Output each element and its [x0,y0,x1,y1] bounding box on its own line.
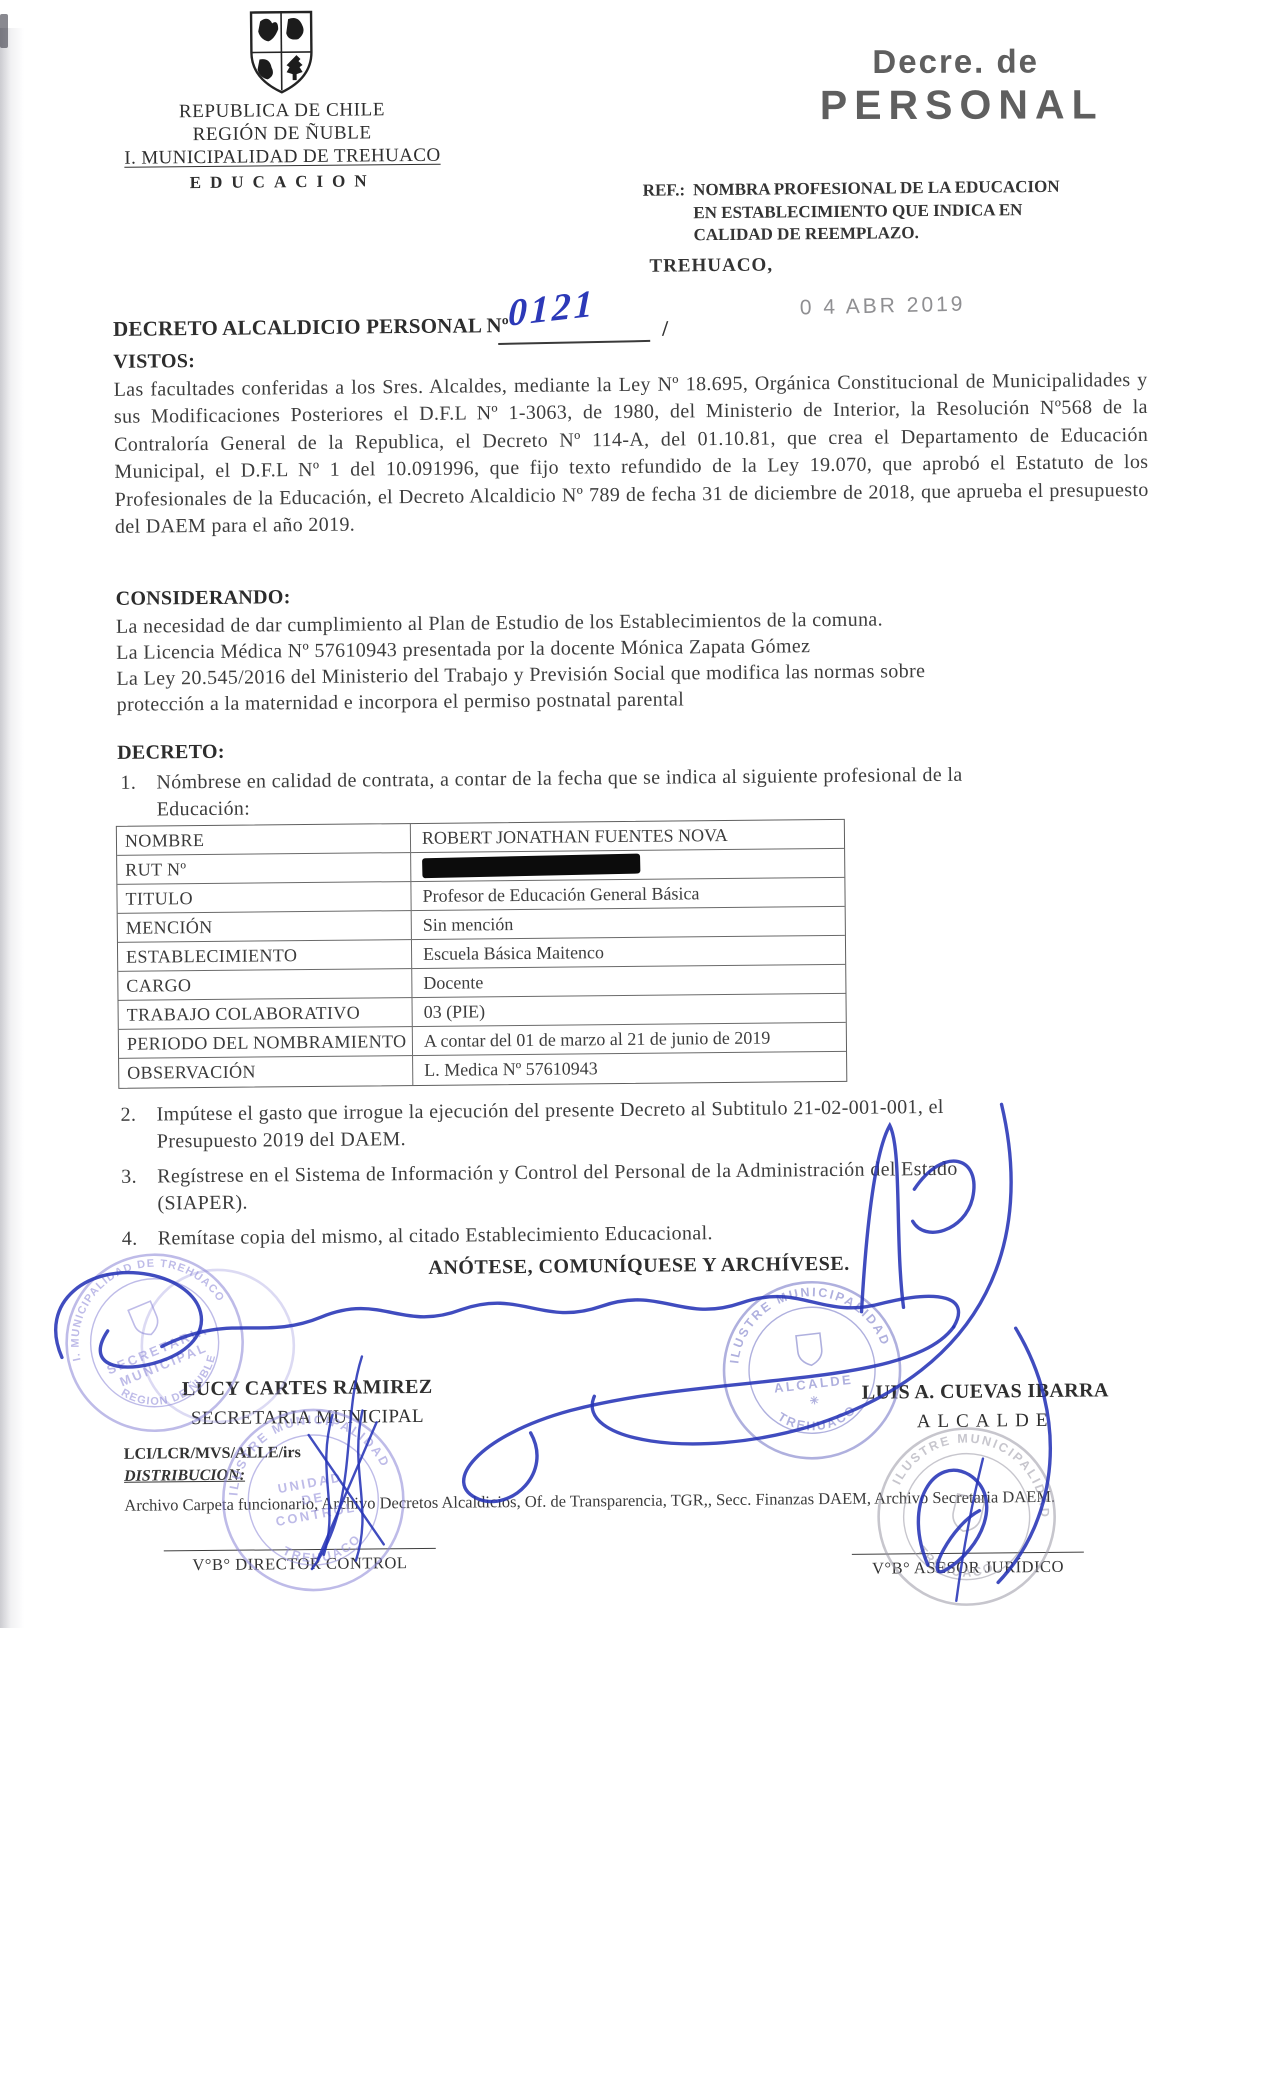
item-line: Remítase copia del mismo, al citado Esta… [158,1220,713,1252]
date-stamp: 0 4 ABR 2019 [800,293,966,321]
org-header: REPUBLICA DE CHILE REGIÓN DE ÑUBLE I. MU… [85,7,479,195]
coat-of-arms-icon [248,9,315,96]
org-line-department: EDUCACION [87,168,479,195]
unidad-de-control-stamp: ILUSTRE MUNICIPALIDAD TREHUACO UNIDAD DE… [203,1389,425,1611]
row-label: RUT Nº [117,853,411,884]
vistos-paragraph: Las facultades conferidas a los Sres. Al… [114,367,1150,541]
item-number: 3. [121,1164,146,1218]
document-content: REPUBLICA DE CHILE REGIÓN DE ÑUBLE I. MU… [0,0,1275,2100]
org-line-municipality: I. MUNICIPALIDAD DE TREHUACO [86,143,478,170]
resolution-item: 3. Regístrese en el Sistema de Informaci… [121,1154,1161,1218]
reference-line-2: EN ESTABLECIMIENTO QUE INDICA EN [693,198,1060,224]
stamp-echo-ring [137,1265,299,1427]
stamp-text: TREHUACO [911,1542,1000,1588]
item-text: Nómbrese en calidad de contrata, a conta… [156,762,963,824]
stamp-text: TREHUACO [278,1530,367,1572]
decreto-item-1: 1. Nómbrese en calidad de contrata, a co… [120,760,1160,824]
svg-text:TREHUACO: TREHUACO [911,1542,1000,1588]
reference-line-3: CALIDAD DE REEMPLAZO. [693,221,1060,247]
item-number: 2. [120,1102,145,1156]
svg-text:✳: ✳ [809,1394,822,1407]
decreto-title: DECRETO: [117,741,225,765]
row-label: TITULO [117,882,411,913]
stamp-text: ALCALDE [773,1372,854,1396]
table-row: OBSERVACIÓNL. Medica Nº 57610943 [119,1052,846,1088]
row-label: NOMBRE [117,824,411,855]
considerando-title: CONSIDERANDO: [116,586,291,611]
personal-decree-stamp: Decre. de PERSONAL [820,42,1092,129]
row-value: Profesor de Educación General Básica [411,878,844,910]
row-label: ESTABLECIMIENTO [118,940,412,971]
scanned-decree-page: REPUBLICA DE CHILE REGIÓN DE ÑUBLE I. MU… [0,0,1275,2100]
item-number: 1. [120,770,145,824]
row-value: 03 (PIE) [412,994,845,1026]
row-value: A contar del 01 de marzo al 21 de junio … [413,1023,846,1055]
personal-stamp-line2: PERSONAL [820,81,1092,129]
reference-label: REF.: [643,179,686,247]
reference-lines: NOMBRA PROFESIONAL DE LA EDUCACION EN ES… [693,176,1060,247]
place-line: TREHUACO, [649,255,773,278]
personal-stamp-line1: Decre. de [820,42,1092,81]
resolution-item: 2. Impútese el gasto que irrogue la ejec… [120,1092,1160,1156]
row-value: Sin mención [412,907,845,939]
resolution-item: 4. Remítase copia del mismo, al citado E… [122,1216,1162,1253]
redaction-bar [422,854,640,879]
handwritten-decree-number: 0121 [508,281,597,335]
row-value: Docente [412,965,845,997]
appointment-table: NOMBREROBERT JONATHAN FUENTES NOVA RUT N… [116,819,847,1089]
row-label: OBSERVACIÓN [119,1056,413,1088]
decree-number-underline [498,340,650,345]
reference-block: REF.: NOMBRA PROFESIONAL DE LA EDUCACION… [643,175,1124,247]
svg-text:ILUSTRE MUNICIPALIDAD: ILUSTRE MUNICIPALIDAD [720,1276,894,1366]
decree-number-label: DECRETO ALCALDICIO PERSONAL Nº [113,313,509,342]
row-value: ROBERT JONATHAN FUENTES NOVA [411,820,844,852]
considerando-list: La necesidad de dar cumplimiento al Plan… [116,606,926,718]
vistos-title: VISTOS: [113,350,195,374]
row-label: TRABAJO COLABORATIVO [119,998,413,1029]
row-label: PERIODO DEL NOMBRAMIENTO [119,1027,413,1058]
row-value: L. Medica Nº 57610943 [413,1052,846,1085]
row-value: Escuela Básica Maitenco [412,936,845,968]
decree-slash: / [662,316,668,342]
alcalde-stamp: ILUSTRE MUNICIPALIDAD TREHUACO ALCALDE ✳ [710,1268,915,1473]
row-value [411,849,844,881]
row-label: CARGO [118,969,412,1000]
reference-line-1: NOMBRA PROFESIONAL DE LA EDUCACION [693,176,1060,202]
row-label: MENCIÓN [118,911,412,942]
stamp-text: ILUSTRE MUNICIPALIDAD [720,1276,894,1366]
svg-text:TREHUACO: TREHUACO [278,1530,367,1572]
resolutions-list: 2. Impútese el gasto que irrogue la ejec… [120,1092,1161,1253]
